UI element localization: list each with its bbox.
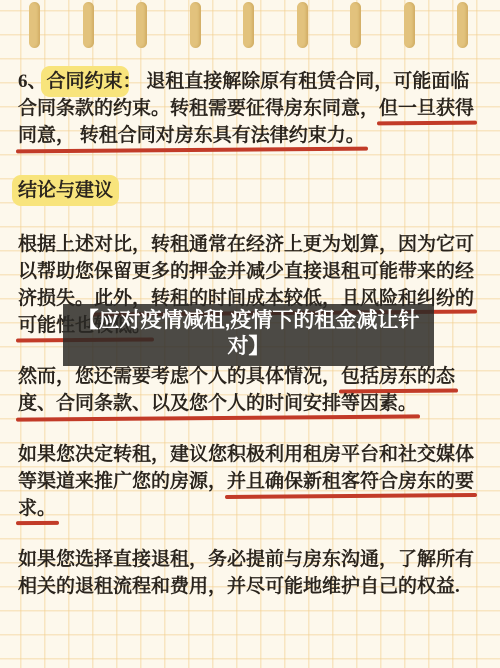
text-line: 然而，您还需要考虑个人的具体情况，包括房东的态 — [18, 363, 486, 390]
text-segment: 如果您选择直接退租，务必提前与房东沟通，了解所有 — [18, 546, 474, 573]
text-segment: 以帮助您保留更多的押金并减少直接退租可能带来的经 — [18, 258, 474, 285]
binding-bar — [83, 2, 94, 48]
binding-bar — [243, 2, 254, 48]
watermark-text-line1: 【应对疫情减租,疫情下的租金减让针 — [78, 308, 420, 334]
text-line: 如果您选择直接退租，务必提前与房东沟通，了解所有 — [18, 546, 486, 573]
text-segment: 根据上述对比，转租通常在经济上更为划算，因为它可 — [18, 231, 474, 258]
paragraph: 6、合同约束： 退租直接解除原有租赁合同，可能面临合同条款的约束。转租需要征得房… — [18, 68, 486, 149]
text-line: 6、合同约束： 退租直接解除原有租赁合同，可能面临 — [18, 68, 486, 95]
text-line: 同意， 转租合同对房东具有法律约束力。 — [18, 122, 486, 149]
text-line: 度、合同条款、以及您个人的时间安排等因素。 — [18, 390, 486, 417]
binding-bar — [457, 2, 468, 48]
paragraph: 然而，您还需要考虑个人的具体情况，包括房东的态度、合同条款、以及您个人的时间安排… — [18, 363, 486, 417]
text-line: 相关的退租流程和费用，并尽可能地维护自己的权益. — [18, 573, 486, 600]
text-line: 结论与建议 — [18, 177, 486, 204]
watermark-text-line2: 对】 — [228, 334, 270, 360]
binding-bar — [136, 2, 147, 48]
binding-bars — [29, 2, 468, 49]
text-segment: 如果您决定转租，建议您积极利用租房平台和社交媒体 — [18, 441, 474, 468]
red-underlined-text: 求。 — [18, 495, 56, 522]
text-line: 根据上述对比，转租通常在经济上更为划算，因为它可 — [18, 231, 486, 258]
red-underlined-text: 包括房东的态 — [341, 363, 455, 390]
text-segment: 然而，您还需要考虑个人的具体情况， — [18, 363, 341, 390]
text-line: 如果您决定转租，建议您积极利用租房平台和社交媒体 — [18, 441, 486, 468]
watermark-overlay: 【应对疫情减租,疫情下的租金减让针 对】 — [63, 304, 434, 366]
red-underlined-text: 同意， 转租合同对房东具有法律约束力。 — [18, 122, 365, 149]
paragraph: 如果您选择直接退租，务必提前与房东沟通，了解所有相关的退租流程和费用，并尽可能地… — [18, 546, 486, 600]
red-underlined-text: 度、合同条款、以及您个人的时间安排等因素。 — [18, 390, 417, 417]
red-underlined-text: 但一旦获得 — [379, 95, 474, 122]
binding-bar — [29, 2, 40, 48]
text-line: 等渠道来推广您的房源，并且确保新租客符合房东的要 — [18, 468, 486, 495]
highlighted-text: 结论与建议 — [12, 175, 119, 206]
text-line: 合同条款的约束。转租需要征得房东同意，但一旦获得 — [18, 95, 486, 122]
binding-bar — [297, 2, 308, 48]
notebook-page: 6、合同约束： 退租直接解除原有租赁合同，可能面临合同条款的约束。转租需要征得房… — [0, 0, 500, 668]
text-line: 以帮助您保留更多的押金并减少直接退租可能带来的经 — [18, 258, 486, 285]
binding-bar — [404, 2, 415, 48]
text-line: 求。 — [18, 495, 486, 522]
text-segment: 合同条款的约束。转租需要征得房东同意， — [18, 95, 379, 122]
text-segment: ： 退租直接解除原有租赁合同，可能面临 — [123, 68, 470, 95]
binding-bar — [350, 2, 361, 48]
text-segment: 相关的退租流程和费用，并尽可能地维护自己的权益. — [18, 573, 460, 600]
highlighted-text: 合同约束 — [41, 66, 129, 97]
red-underlined-text: 并且确保新租客符合房东的要 — [227, 468, 474, 495]
text-segment: 等渠道来推广您的房源， — [18, 468, 227, 495]
binding-bar — [190, 2, 201, 48]
paragraph: 如果您决定转租，建议您积极利用租房平台和社交媒体等渠道来推广您的房源，并且确保新… — [18, 441, 486, 522]
section-heading: 结论与建议 — [18, 177, 486, 204]
